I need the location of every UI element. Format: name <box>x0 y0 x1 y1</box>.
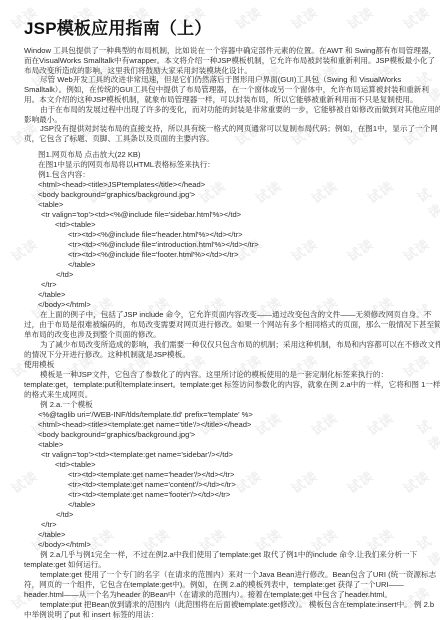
text-line: </table> <box>38 530 65 540</box>
text-line: </table> <box>68 260 95 270</box>
text-line: 过，由于布局是很难被编码的，布局改变需要对网页进行修改。如果一个网站有多个相同格… <box>24 320 440 330</box>
text-line: 使用模板 <box>24 360 54 370</box>
watermark-text: 试读 <box>307 176 341 208</box>
watermark-text: 试读 <box>251 176 285 208</box>
watermark-text: 试读 <box>343 234 377 266</box>
text-line: 而在VisualWorks Smalltalk中有wrapper。本文将介绍一种… <box>24 56 435 66</box>
watermark-text: 试读 <box>399 234 433 266</box>
watermark-text: 试读 <box>287 2 321 34</box>
text-line: 在上面的例子中，包括了JSP include 命令，它允许页面内容改变——通过改… <box>40 310 431 320</box>
text-line: </table> <box>68 500 95 510</box>
text-line: <html><head><title>JSPtemplates</title><… <box>38 180 205 190</box>
text-line: <tr valign='top'><td><%@include file='si… <box>41 210 241 220</box>
text-line: 例 2.a几乎与例1完全一样，不过在例2.a中我们使用了template:get… <box>40 550 417 560</box>
page-title: JSP模板应用指南（上） <box>24 14 212 39</box>
watermark-text: 试读 <box>307 408 341 440</box>
text-line: <tr valign='top'><td><template:get name=… <box>41 450 233 460</box>
text-line: Smalltalk）。例如，在传统的GUI工具包中提供了布局管理器，在一个窗体或… <box>24 85 429 95</box>
text-line: </table> <box>38 290 65 300</box>
text-line: 尽管 Web开发工具的改进非常迅速，但是它们仍然落后于图形用户界面(GUI)工具… <box>40 75 401 85</box>
watermark-text: 试读 <box>251 408 285 440</box>
text-line: <tr><td><template:get name='header'/></t… <box>68 470 235 480</box>
text-line: </tr> <box>41 280 57 290</box>
watermark-text: 试读 <box>363 408 397 440</box>
text-line: template:put 把Bean放到请求的范围内（此范围将在后面被templ… <box>40 600 434 610</box>
text-line: <tr><td><%@include file='footer.html'%><… <box>68 250 238 260</box>
text-line: </body></html> <box>38 540 91 550</box>
text-line: 中举例说明了put 和 insert 标签的用法： <box>24 610 158 620</box>
watermark-text: 试读 <box>413 412 440 453</box>
text-line: <html><head><title><template:get name='t… <box>38 420 251 430</box>
text-line: 页，它包含了标题、页脚、工具条以及页面的主要内容。 <box>24 134 214 144</box>
text-line: template:get 如何运行。 <box>24 560 106 570</box>
text-line: <tr><td><%@include file='header.html'%><… <box>68 230 243 240</box>
text-line: <tr><td><%@include file='introduction.ht… <box>68 240 259 250</box>
watermark-text: 试读 <box>287 466 321 498</box>
text-line: </td> <box>56 510 73 520</box>
text-line: 图1.网页布局 点击放大(22 KB) <box>38 150 141 160</box>
text-line: 为了减少布局改变所造成的影响，我们需要一种仅仅只包含布局的机制；采用这种机制，布… <box>40 340 440 350</box>
text-line: template:get，template:put和template:inser… <box>24 380 440 390</box>
text-line: Window 工具包提供了一种典型的布局机制，比如说在一个容器中确定部件元素的位… <box>24 46 436 56</box>
text-line: 单布局的改变也涉及到整个页面的修改。 <box>24 330 161 340</box>
text-line: <%@taglib uri='/WEB-INF/tlds/template.tl… <box>38 410 253 420</box>
text-line: 的格式来生成网页。 <box>24 390 92 400</box>
text-line: 在图1中显示的网页布局将以HTML表格标签来执行： <box>38 160 215 170</box>
watermark-text: 试读 <box>343 2 377 34</box>
text-line: 例1.包含内容： <box>38 170 90 180</box>
text-line: <body background='graphics/background.jp… <box>38 430 195 440</box>
watermark-text: 试读 <box>7 234 41 266</box>
watermark-text: 试读 <box>399 350 433 382</box>
text-line: 模板是一种JSP文件，它包含了参数化了的内容。这里所讨论的模板使用的是一套定制化… <box>40 370 388 380</box>
text-line: 符，网页的一个组件，它包含在template:get中)。例如，在例 2.a的模… <box>24 580 404 590</box>
watermark-text: 试读 <box>413 528 440 569</box>
text-line: </td> <box>56 270 73 280</box>
text-line: <tr><td><template:get name='footer'/></t… <box>68 490 230 500</box>
watermark-text: 试读 <box>287 234 321 266</box>
watermark-text: 试读 <box>7 466 41 498</box>
text-line: </body></html> <box>38 300 91 310</box>
watermark-text: 试读 <box>399 2 433 34</box>
watermark-text: 试读 <box>363 176 397 208</box>
text-line: <td><table> <box>55 220 96 230</box>
text-line: 的情况下分开进行修改。这种机制就是JSP模板。 <box>24 350 190 360</box>
watermark-text: 试读 <box>413 180 440 221</box>
text-line: <body background='graphics/background.jp… <box>38 190 195 200</box>
text-line: <table> <box>38 440 63 450</box>
text-line: header.html——从一个名为header 的Bean中（在请求的范围内）… <box>24 590 392 600</box>
watermark-text: 试读 <box>231 2 265 34</box>
text-line: 由于在布局的发展过程中出现了许多的变化，而对功能的封装是非常重要的一步，它能够被… <box>40 105 440 115</box>
watermark-text: 试读 <box>399 466 433 498</box>
text-line: </tr> <box>41 520 57 530</box>
text-line: 用。本文介绍的这种JSP模板机制，就象布局管理器一样，可以封装布局，所以它能够被… <box>24 95 418 105</box>
text-line: template:get 使用了一个专门的名字（在请求的范围内）来对一个Java… <box>40 570 436 580</box>
text-line: <table> <box>38 200 63 210</box>
text-line: <tr><td><template:get name='content'/></… <box>68 480 236 490</box>
text-line: JSP没有提供对封装布局的直接支持，所以具有统一格式的网页通常可以复制布局代码；… <box>40 124 438 134</box>
text-line: 例 2.a.一个模板 <box>40 400 93 410</box>
watermark-text: 试读 <box>343 466 377 498</box>
text-line: <td><table> <box>55 460 96 470</box>
watermark-text: 试读 <box>231 466 265 498</box>
